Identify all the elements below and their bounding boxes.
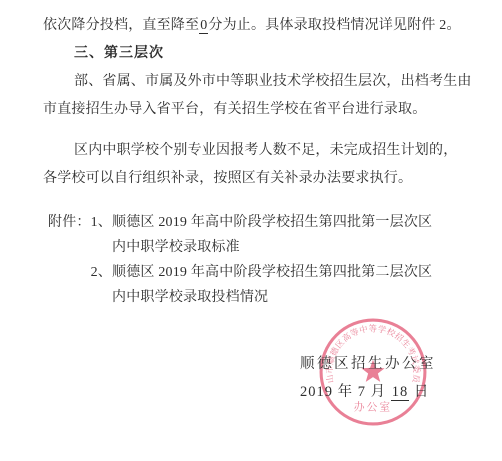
body-line-continuation: 依次降分投档，直至降至0分为止。具体录取投档情况详见附件 2。 <box>43 12 463 40</box>
paragraph-gap <box>43 124 463 137</box>
attachment1-line1: 顺德区 2019 年高中阶段学校招生第四批第一层次区 <box>112 210 432 235</box>
attachments-label: 附件： <box>48 210 91 310</box>
date-suffix: 日 <box>409 384 429 400</box>
attachment-item: 2、 顺德区 2019 年高中阶段学校招生第四批第二层次区 内中职学校录取投档情… <box>91 260 433 310</box>
date-day-underlined: 18 <box>391 384 410 401</box>
document-page: 佛山市顺德区高等中等学校招生考试委员会 办公室 依次降分投档，直至降至0分为止。… <box>0 0 502 461</box>
section-heading: 三、第三层次 <box>43 40 463 68</box>
attachment2-line2: 内中职学校录取投档情况 <box>112 285 432 310</box>
attachments-items: 1、 顺德区 2019 年高中阶段学校招生第四批第一层次区 内中职学校录取标准 … <box>91 210 433 310</box>
body-line1-pre: 依次降分投档，直至降至 <box>43 18 199 33</box>
issuing-office: 顺德区招生办公室 <box>300 350 436 378</box>
paragraph1-line1: 部、省属、市属及外市中等职业技术学校招生层次，出档考生由 <box>43 68 463 96</box>
attachment-number: 2、 <box>91 260 112 310</box>
attachment-item: 1、 顺德区 2019 年高中阶段学校招生第四批第一层次区 内中职学校录取标准 <box>91 210 433 260</box>
issue-date: 2019 年 7 月 18 日 <box>300 378 436 406</box>
paragraph2-line1: 区内中职学校个别专业因报考人数不足，未完成招生计划的， <box>43 137 463 165</box>
attachments-block: 附件： 1、 顺德区 2019 年高中阶段学校招生第四批第一层次区 内中职学校录… <box>48 210 432 310</box>
attachment2-line1: 顺德区 2019 年高中阶段学校招生第四批第二层次区 <box>112 260 432 285</box>
attachment-text: 顺德区 2019 年高中阶段学校招生第四批第一层次区 内中职学校录取标准 <box>112 210 432 260</box>
body-line1-post: 分为止。具体录取投档情况详见附件 2。 <box>208 18 460 33</box>
date-prefix: 2019 年 7 月 <box>300 384 391 400</box>
paragraph2-line2: 各学校可以自行组织补录，按照区有关补录办法要求执行。 <box>43 165 463 193</box>
attachment-number: 1、 <box>91 210 112 260</box>
paragraph1-line2: 市直接招生办导入省平台，有关招生学校在省平台进行录取。 <box>43 96 463 124</box>
signature-block: 顺德区招生办公室 2019 年 7 月 18 日 <box>300 350 436 406</box>
attachment1-line2: 内中职学校录取标准 <box>112 235 432 260</box>
document-body: 依次降分投档，直至降至0分为止。具体录取投档情况详见附件 2。 三、第三层次 部… <box>43 12 463 193</box>
attachment-text: 顺德区 2019 年高中阶段学校招生第四批第二层次区 内中职学校录取投档情况 <box>112 260 432 310</box>
